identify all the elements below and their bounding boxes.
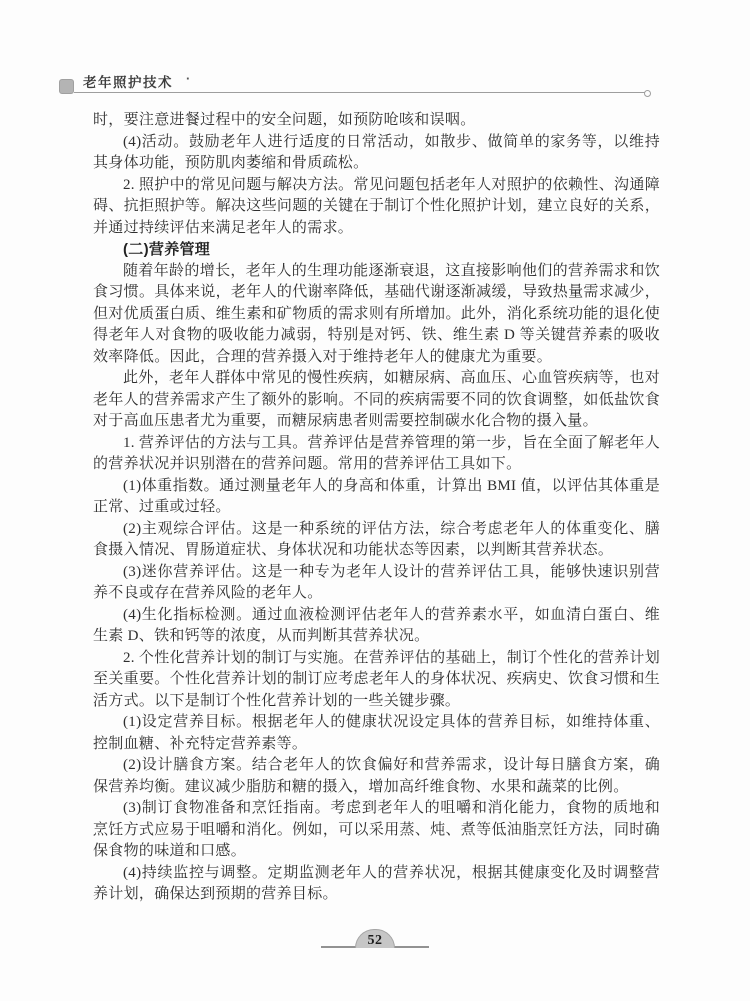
paragraph: 此外，老年人群体中常见的慢性疾病，如糖尿病、高血压、心血管疾病等，也对老年人的营… <box>93 368 660 433</box>
section-heading: (二)营养管理 <box>93 239 660 261</box>
paragraph: (4)持续监控与调整。定期监测老年人的营养状况，根据其健康变化及时调整营养计划，… <box>93 863 660 906</box>
header-dot-ornament: · <box>186 71 190 86</box>
page-number: 52 <box>368 933 383 949</box>
paragraph: 2. 个性化营养计划的制订与实施。在营养评估的基础上，制订个性化的营养计划至关重… <box>93 648 660 713</box>
paragraph: (1)体重指数。通过测量老年人的身高和体重，计算出 BMI 值，以评估其体重是正… <box>93 476 660 519</box>
paragraph: (4)活动。鼓励老年人进行适度的日常活动，如散步、做简单的家务等，以维持其身体功… <box>93 132 660 175</box>
book-title: 老年照护技术 <box>83 71 173 91</box>
header-rule <box>74 92 645 93</box>
paragraph: (1)设定营养目标。根据老年人的健康状况设定具体的营养目标，如维持体重、控制血糖… <box>93 712 660 755</box>
page-body: 时，要注意进餐过程中的安全问题，如预防呛咳和误咽。 (4)活动。鼓励老年人进行适… <box>93 110 660 906</box>
paragraph-continuation: 时，要注意进餐过程中的安全问题，如预防呛咳和误咽。 <box>93 110 660 132</box>
book-page: 老年照护技术 · 时，要注意进餐过程中的安全问题，如预防呛咳和误咽。 (4)活动… <box>0 0 750 1001</box>
paragraph: 随着年龄的增长，老年人的生理功能逐渐衰退，这直接影响他们的营养需求和饮食习惯。具… <box>93 261 660 369</box>
paragraph: (3)制订食物准备和烹饪指南。考虑到老年人的咀嚼和消化能力，食物的质地和烹饪方式… <box>93 798 660 863</box>
paragraph: (2)主观综合评估。这是一种系统的评估方法，综合考虑老年人的体重变化、膳食摄入情… <box>93 519 660 562</box>
paragraph: (3)迷你营养评估。这是一种专为老年人设计的营养评估工具，能够快速识别营养不良或… <box>93 562 660 605</box>
paragraph: (4)生化指标检测。通过血液检测评估老年人的营养素水平，如血清白蛋白、维生素 D… <box>93 605 660 648</box>
paragraph: (2)设计膳食方案。结合老年人的饮食偏好和营养需求，设计每日膳食方案，确保营养均… <box>93 755 660 798</box>
page-header: 老年照护技术 · <box>0 70 750 100</box>
paragraph: 2. 照护中的常见问题与解决方法。常见问题包括老年人对照护的依赖性、沟通障碍、抗… <box>93 175 660 240</box>
page-footer: 52 <box>0 928 750 950</box>
page-number-badge: 52 <box>355 929 395 948</box>
header-rule-end-circle-icon <box>644 90 651 97</box>
header-square-ornament <box>59 79 74 94</box>
paragraph: 1. 营养评估的方法与工具。营养评估是营养管理的第一步，旨在全面了解老年人的营养… <box>93 433 660 476</box>
